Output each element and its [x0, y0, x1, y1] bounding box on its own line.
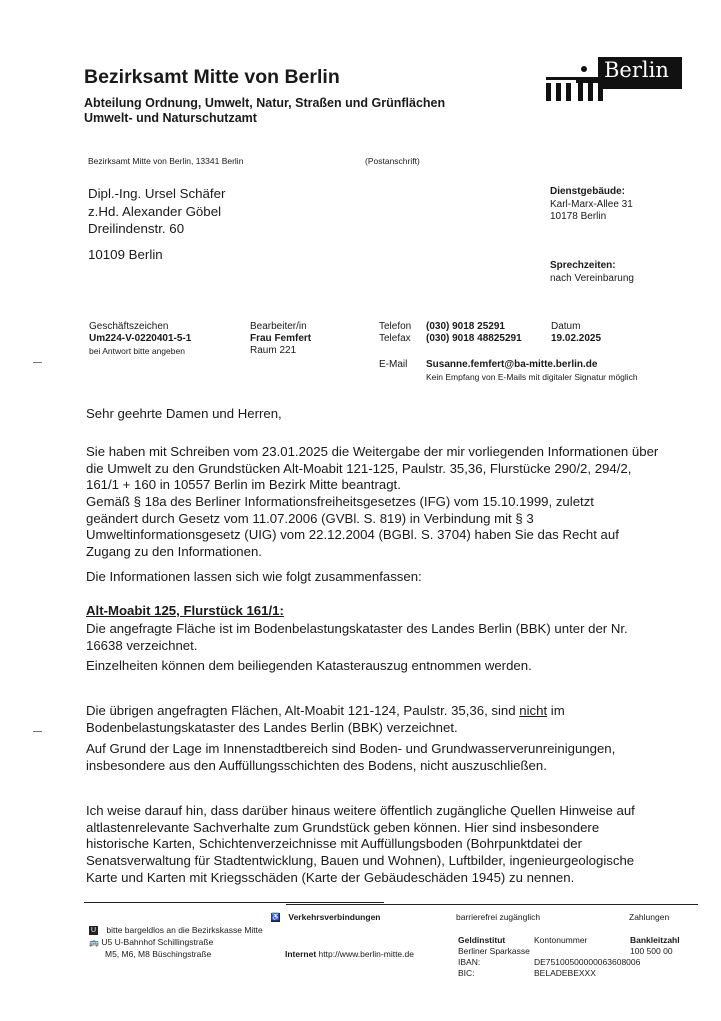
- clerk-name: Frau Femfert: [250, 333, 311, 344]
- department-name: Abteilung Ordnung, Umwelt, Natur, Straße…: [84, 96, 445, 110]
- email-link[interactable]: Susanne.femfert@ba-mitte.berlin.de: [426, 359, 597, 370]
- recipient-line: Dipl.-Ing. Ursel Schäfer: [88, 185, 225, 203]
- payments-label: Zahlungen: [629, 912, 669, 922]
- iban-label: IBAN:: [458, 957, 480, 967]
- account-label: Kontonummer: [534, 935, 587, 945]
- cadastre-paragraph: Die angefragte Fläche ist im Bodenbelast…: [86, 621, 656, 654]
- recipient-line: z.Hd. Alexander Göbel: [88, 203, 225, 221]
- reference-note: bei Antwort bitte angeben: [89, 346, 185, 356]
- ubahn-icon: U: [89, 926, 98, 935]
- tram-line: M5, M6, M8 Büschingstraße: [105, 949, 211, 959]
- fold-mark: [33, 731, 42, 732]
- fax-value: (030) 9018 48825291: [426, 333, 522, 344]
- bank-label: Geldinstitut: [458, 935, 505, 945]
- building-line: 10178 Berlin: [550, 211, 633, 224]
- reference-value: Um224-V-0220401-5-1: [89, 333, 191, 344]
- request-paragraph: Sie haben mit Schreiben vom 23.01.2025 d…: [86, 444, 666, 494]
- org-name: Bezirksamt Mitte von Berlin: [84, 66, 340, 89]
- phone-value: (030) 9018 25291: [426, 321, 505, 332]
- postal-address-note: (Postanschrift): [365, 156, 420, 166]
- legal-basis-paragraph: Gemäß § 18a des Berliner Informationsfre…: [86, 494, 646, 561]
- other-areas-paragraph: Die übrigen angefragten Flächen, Alt-Moa…: [86, 703, 606, 736]
- logo-text: Berlin: [604, 58, 669, 82]
- ubahn-line: 🚌 U5 U-Bahnhof Schillingstraße: [89, 937, 213, 947]
- hours-value: nach Vereinbarung: [550, 273, 634, 286]
- office-building: Dienstgebäude: Karl-Marx-Allee 31 10178 …: [550, 186, 633, 224]
- recipient-address: Dipl.-Ing. Ursel Schäfer z.Hd. Alexander…: [88, 185, 225, 238]
- cashless-note: U bitte bargeldlos an die Bezirkskasse M…: [89, 925, 263, 935]
- fax-label: Telefax: [379, 333, 411, 344]
- summary-intro: Die Informationen lassen sich wie folgt …: [86, 569, 666, 586]
- berlin-logo: Berlin: [546, 57, 682, 101]
- salutation: Sehr geehrte Damen und Herren,: [86, 406, 666, 423]
- iban-value: DE75100500000063608006: [534, 957, 640, 967]
- emphasis-nicht: nicht: [519, 703, 547, 718]
- clerk-room: Raum 221: [250, 345, 296, 356]
- transport-heading: ♿ Verkehrsverbindungen: [271, 912, 381, 922]
- hours-label: Sprechzeiten:: [550, 260, 616, 271]
- office-name: Umwelt- und Naturschutzamt: [84, 111, 257, 125]
- details-paragraph: Einzelheiten können dem beiliegenden Kat…: [86, 658, 666, 675]
- bank-name: Berliner Sparkasse: [458, 946, 530, 956]
- location-paragraph: Auf Grund der Lage im Innenstadtbereich …: [86, 741, 658, 774]
- bic-value: BELADEBEXXX: [534, 968, 596, 978]
- reference-label: Geschäftszeichen: [89, 321, 169, 332]
- section-heading: Alt-Moabit 125, Flurstück 161/1:: [86, 603, 284, 618]
- website-link[interactable]: http://www.berlin-mitte.de: [319, 949, 414, 959]
- bic-label: BIC:: [458, 968, 475, 978]
- internet-line: Internet http://www.berlin-mitte.de: [285, 949, 414, 959]
- blz-value: 100 500 00: [630, 946, 673, 956]
- email-label: E-Mail: [379, 359, 407, 370]
- sources-paragraph: Ich weise darauf hin, dass darüber hinau…: [86, 803, 651, 887]
- building-label: Dienstgebäude:: [550, 186, 625, 197]
- sender-address-line: Bezirksamt Mitte von Berlin, 13341 Berli…: [88, 156, 243, 166]
- building-line: Karl-Marx-Allee 31: [550, 199, 633, 212]
- blz-label: Bankleitzahl: [630, 935, 680, 945]
- fold-mark: [33, 362, 42, 363]
- recipient-line: Dreilindenstr. 60: [88, 220, 225, 238]
- email-note: Kein Empfang von E-Mails mit digitaler S…: [426, 372, 638, 382]
- footer-divider: [286, 904, 698, 905]
- office-hours: Sprechzeiten: nach Vereinbarung: [550, 260, 634, 285]
- date-value: 19.02.2025: [551, 333, 601, 344]
- tram-icon: 🚌: [89, 938, 99, 947]
- footer-divider: [84, 902, 384, 903]
- phone-label: Telefon: [379, 321, 411, 332]
- clerk-label: Bearbeiter/in: [250, 321, 307, 332]
- date-label: Datum: [551, 321, 580, 332]
- recipient-city: 10109 Berlin: [88, 247, 163, 262]
- wheelchair-icon: ♿: [271, 913, 280, 922]
- accessible-note: barrierefrei zugänglich: [456, 912, 540, 922]
